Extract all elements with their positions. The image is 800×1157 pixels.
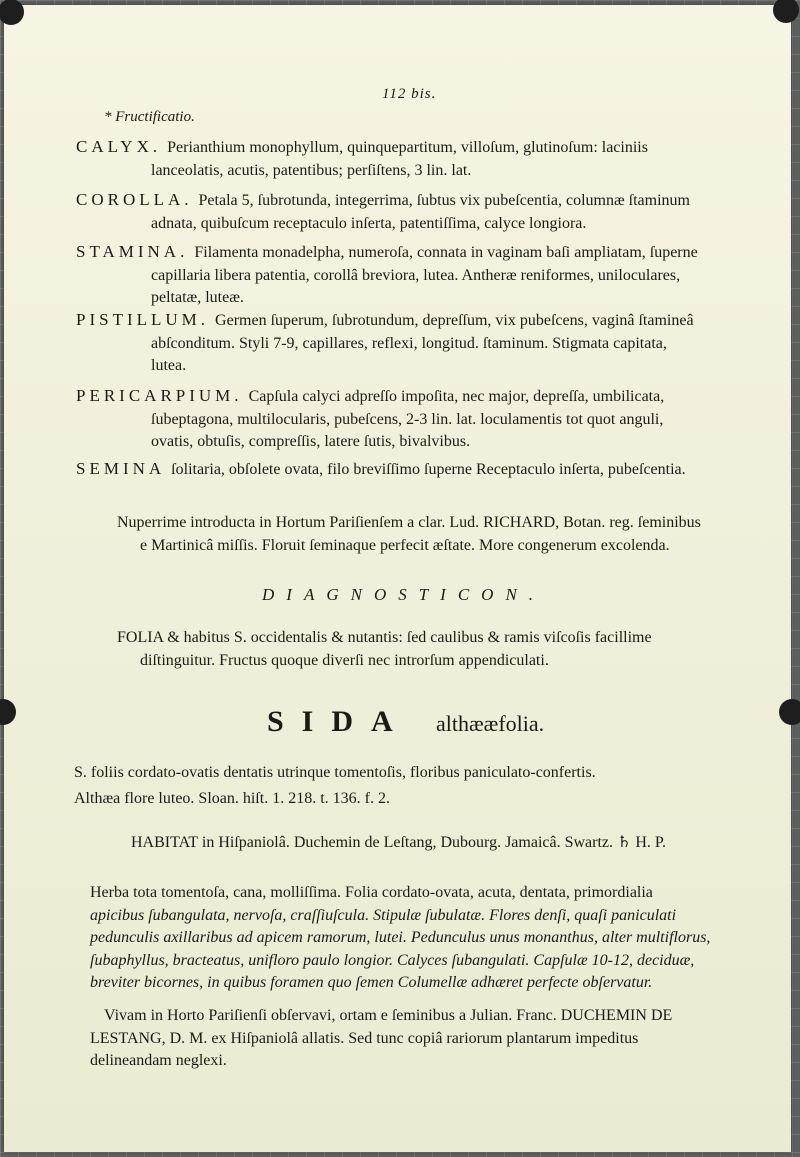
species-habitat: HABITAT in Hiſpaniolâ. Duchemin de Leſta… (131, 832, 666, 854)
cultivation-note: Nuperrime introducta in Hortum Pariſienſ… (117, 512, 757, 557)
character-label: CALYX. (76, 137, 161, 156)
character-label: SEMINA (76, 459, 165, 478)
character-corolla: COROLLA.Petala 5, ſubrotunda, integerrim… (76, 189, 756, 235)
diagnosticon-title: DIAGNOSTICON. (262, 585, 545, 605)
species-description: Herba tota tomentoſa, cana, molliſſima. … (90, 882, 758, 995)
species-synonym: Althæa flore luteo. Sloan. hiſt. 1. 218.… (74, 788, 390, 810)
page-number: 112 bis. (382, 83, 436, 105)
fructificatio-heading: * Fructificatio. (104, 106, 195, 128)
character-label: PERICARPIUM. (76, 386, 243, 405)
diagnosticon-text: FOLIA & habitus S. occidentalis & nutant… (117, 627, 757, 672)
binder-clip (0, 0, 24, 25)
character-calyx: CALYX.Perianthium monophyllum, quinquepa… (76, 136, 756, 182)
binder-clip (779, 699, 800, 725)
character-label: COROLLA. (76, 190, 193, 209)
character-pistillum: PISTILLUM.Germen ſuperum, ſubrotundum, d… (76, 309, 756, 378)
character-pericarpium: PERICARPIUM.Capſula calyci adpreſſo impo… (76, 385, 756, 454)
character-label: PISTILLUM. (76, 310, 209, 329)
character-label: STAMINA. (76, 242, 188, 261)
binder-clip (0, 699, 16, 725)
genus-title: SIDA (267, 705, 411, 739)
character-semina: SEMINAſolitaria, obſolete ovata, filo br… (76, 458, 756, 482)
species-diagnosis: S. foliis cordato-ovatis dentatis utrinq… (74, 762, 596, 784)
observation-note: Vivam in Horto Pariſienſi obſervavi, ort… (90, 1005, 758, 1073)
character-stamina: STAMINA.Filamenta monadelpha, numeroſa, … (76, 241, 756, 310)
species-epithet: althææfolia. (436, 711, 544, 737)
book-page: 112 bis. * Fructificatio. CALYX.Perianth… (4, 5, 791, 1152)
